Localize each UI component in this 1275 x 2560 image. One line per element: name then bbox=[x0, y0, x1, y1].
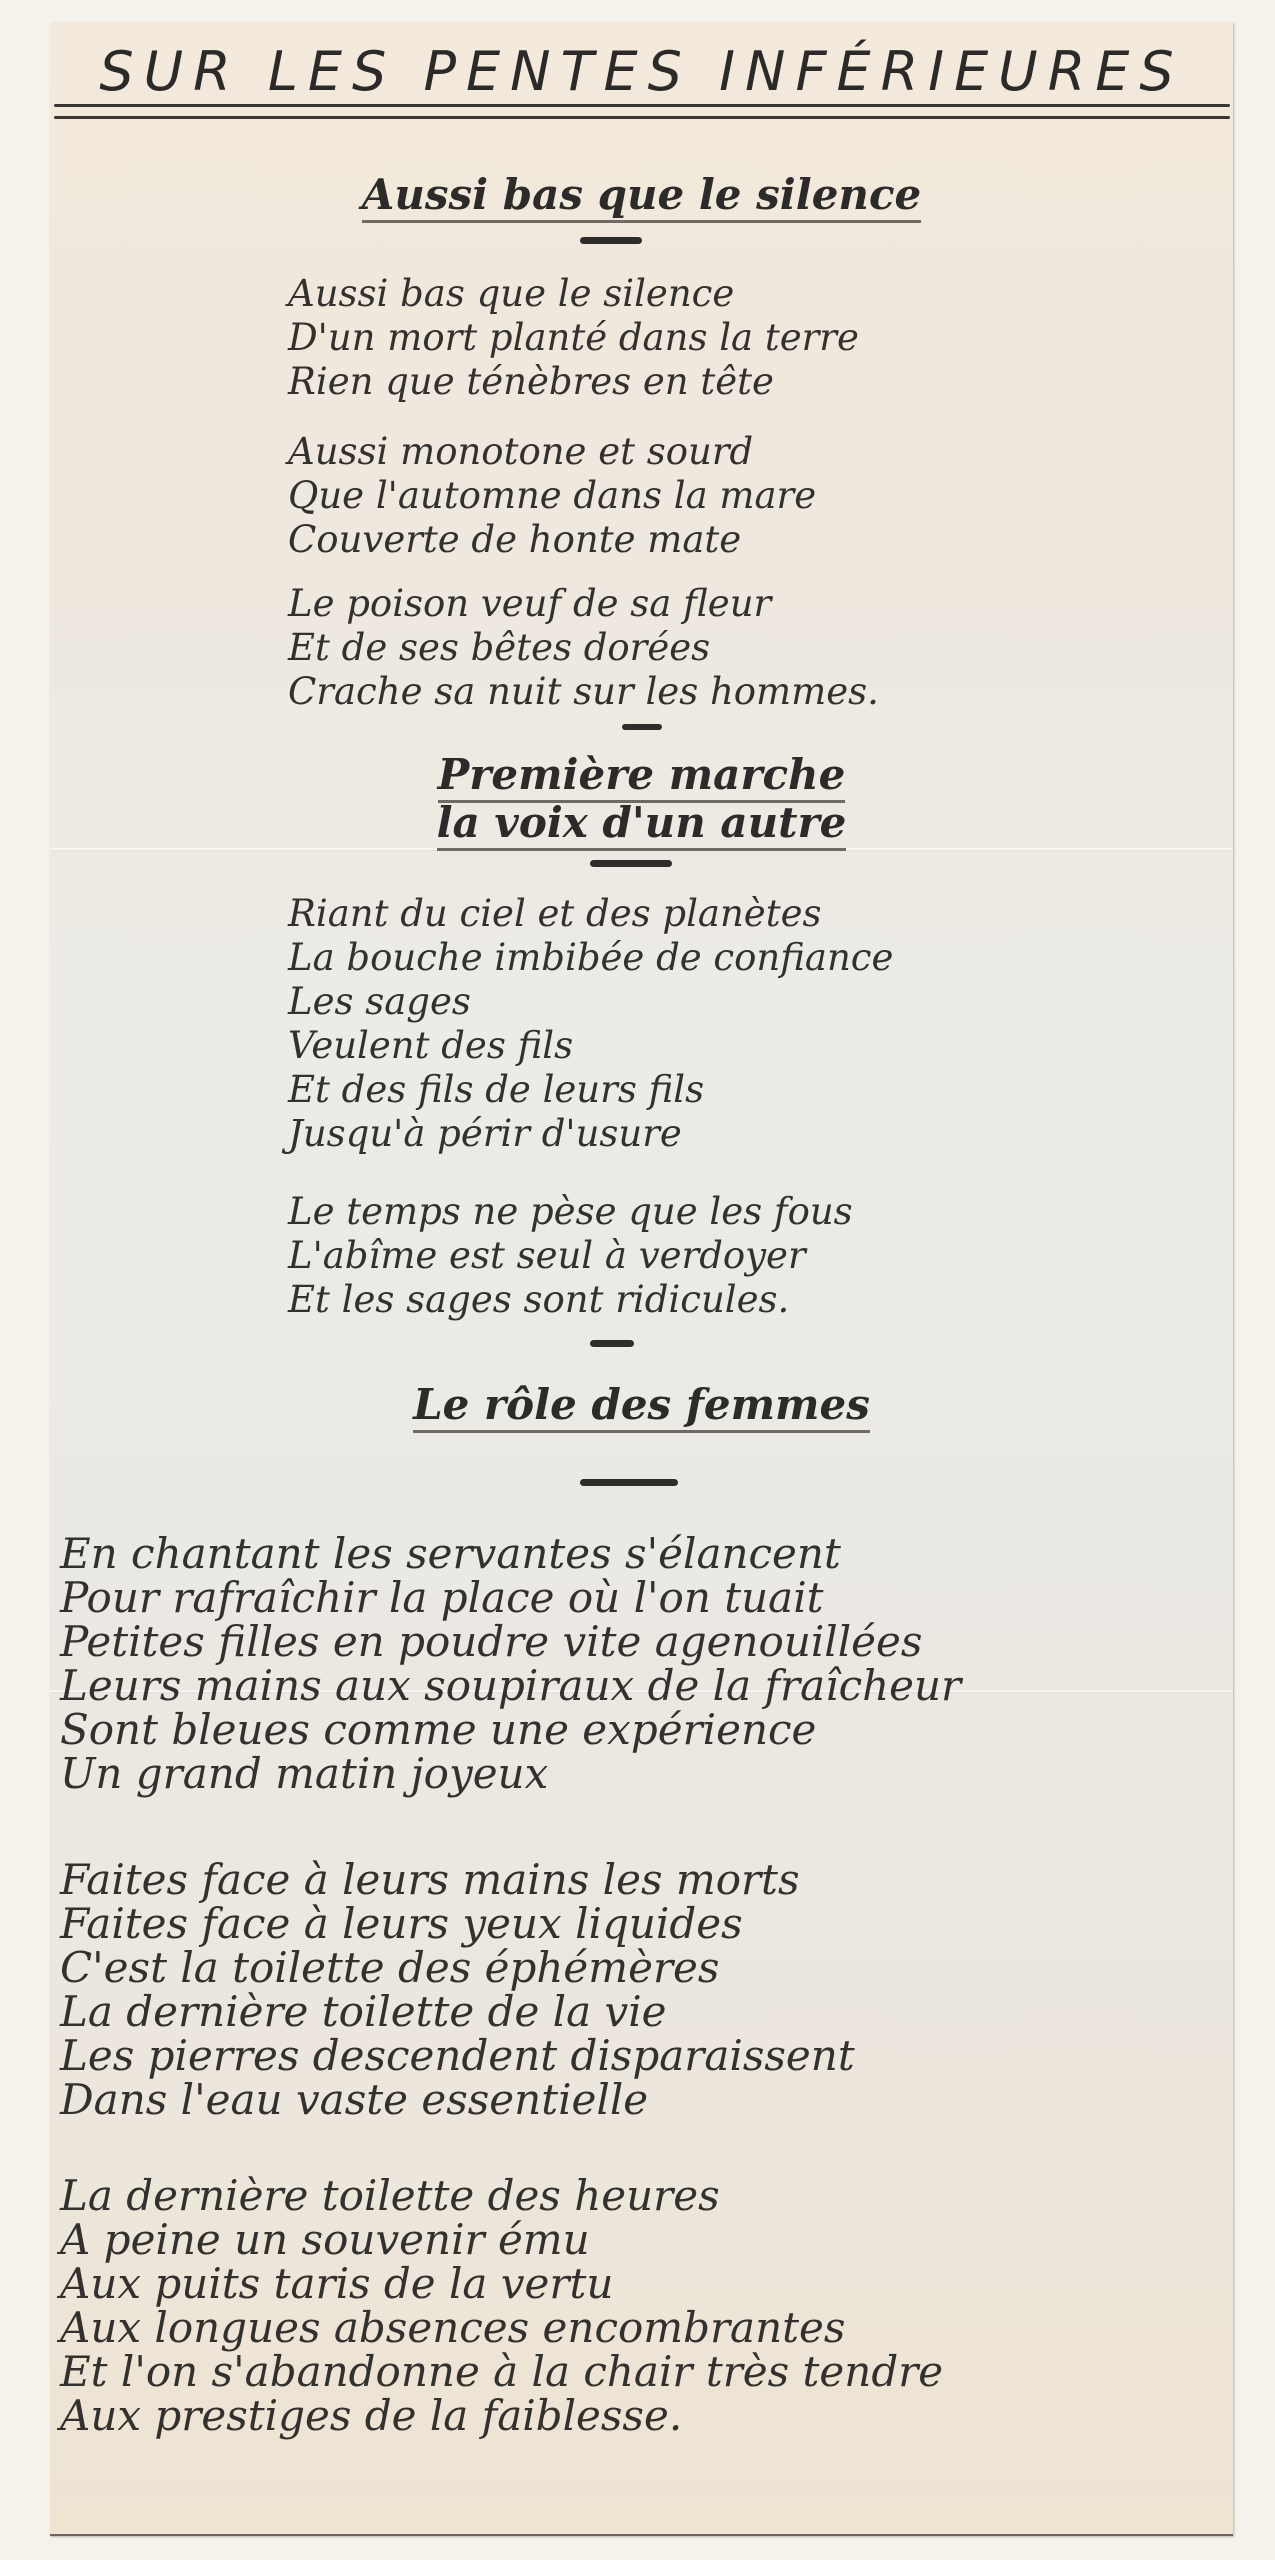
verse-line: Le temps ne pèse que les fous bbox=[288, 1190, 853, 1234]
verse-line: L'abîme est seul à verdoyer bbox=[288, 1234, 853, 1278]
separator-dash bbox=[590, 860, 672, 867]
verse-line: C'est la toilette des éphémères bbox=[60, 1946, 855, 1990]
verse-line: Faites face à leurs yeux liquides bbox=[60, 1902, 855, 1946]
section-title-text: Le rôle des femmes bbox=[413, 1382, 870, 1433]
verse-line: Et les sages sont ridicules. bbox=[288, 1278, 853, 1322]
verse-line: Les sages bbox=[288, 980, 893, 1024]
stanza-2-1: Riant du ciel et des planètes La bouche … bbox=[288, 892, 893, 1156]
verse-line: Jusqu'à périr d'usure bbox=[288, 1112, 893, 1156]
verse-line: Aux longues absences encombrantes bbox=[60, 2306, 943, 2350]
verse-line: Riant du ciel et des planètes bbox=[288, 892, 893, 936]
stanza-3-3: La dernière toilette des heures A peine … bbox=[60, 2174, 943, 2438]
verse-line: En chantant les servantes s'élancent bbox=[60, 1532, 961, 1576]
stanza-2-2: Le temps ne pèse que les fous L'abîme es… bbox=[288, 1190, 853, 1322]
verse-line: Pour rafraîchir la place où l'on tuait bbox=[60, 1576, 961, 1620]
verse-line: Petites filles en poudre vite agenouillé… bbox=[60, 1620, 961, 1664]
verse-line: Dans l'eau vaste essentielle bbox=[60, 2078, 855, 2122]
verse-line: La bouche imbibée de confiance bbox=[288, 936, 893, 980]
verse-line: D'un mort planté dans la terre bbox=[288, 316, 859, 360]
section-title-premiere-marche: Première marche bbox=[50, 752, 1233, 803]
verse-line: Les pierres descendent disparaissent bbox=[60, 2034, 855, 2078]
verse-line: Sont bleues comme une expérience bbox=[60, 1708, 961, 1752]
stanza-1-3: Le poison veuf de sa fleur Et de ses bêt… bbox=[288, 582, 879, 714]
verse-line: La dernière toilette de la vie bbox=[60, 1990, 855, 2034]
verse-line: Veulent des fils bbox=[288, 1024, 893, 1068]
title-rule-top bbox=[54, 104, 1230, 107]
verse-line: La dernière toilette des heures bbox=[60, 2174, 943, 2218]
verse-line: Et des fils de leurs fils bbox=[288, 1068, 893, 1112]
verse-line: Et de ses bêtes dorées bbox=[288, 626, 879, 670]
manuscript-sheet: SUR LES PENTES INFÉRIEURES Aussi bas que… bbox=[50, 22, 1233, 2536]
stanza-3-2: Faites face à leurs mains les morts Fait… bbox=[60, 1858, 855, 2122]
stanza-1-1: Aussi bas que le silence D'un mort plant… bbox=[288, 272, 859, 404]
verse-line: Aussi monotone et sourd bbox=[288, 430, 816, 474]
separator-dash bbox=[622, 724, 662, 730]
title-rule-bottom bbox=[54, 116, 1230, 119]
verse-line: Et l'on s'abandonne à la chair très tend… bbox=[60, 2350, 943, 2394]
section-title-text: Aussi bas que le silence bbox=[362, 172, 922, 223]
section-title-voix-dun-autre: la voix d'un autre bbox=[50, 800, 1233, 851]
verse-line: Crache sa nuit sur les hommes. bbox=[288, 670, 879, 714]
verse-line: A peine un souvenir ému bbox=[60, 2218, 943, 2262]
section-title-text: la voix d'un autre bbox=[437, 800, 847, 851]
section-title-aussi-bas: Aussi bas que le silence bbox=[50, 172, 1233, 223]
verse-line: Le poison veuf de sa fleur bbox=[288, 582, 879, 626]
section-title-text: Première marche bbox=[438, 752, 846, 803]
section-title-role-des-femmes: Le rôle des femmes bbox=[50, 1382, 1233, 1433]
verse-line: Un grand matin joyeux bbox=[60, 1752, 961, 1796]
stanza-3-1: En chantant les servantes s'élancent Pou… bbox=[60, 1532, 961, 1796]
verse-line: Leurs mains aux soupiraux de la fraîcheu… bbox=[60, 1664, 961, 1708]
verse-line: Rien que ténèbres en tête bbox=[288, 360, 859, 404]
verse-line: Aussi bas que le silence bbox=[288, 272, 859, 316]
verse-line: Que l'automne dans la mare bbox=[288, 474, 816, 518]
main-title: SUR LES PENTES INFÉRIEURES bbox=[50, 40, 1233, 103]
verse-line: Faites face à leurs mains les morts bbox=[60, 1858, 855, 1902]
separator-dash bbox=[580, 1479, 678, 1486]
verse-line: Couverte de honte mate bbox=[288, 518, 816, 562]
separator-dash bbox=[590, 1340, 634, 1347]
separator-dash bbox=[580, 237, 642, 244]
stanza-1-2: Aussi monotone et sourd Que l'automne da… bbox=[288, 430, 816, 562]
verse-line: Aux puits taris de la vertu bbox=[60, 2262, 943, 2306]
verse-line: Aux prestiges de la faiblesse. bbox=[60, 2394, 943, 2438]
